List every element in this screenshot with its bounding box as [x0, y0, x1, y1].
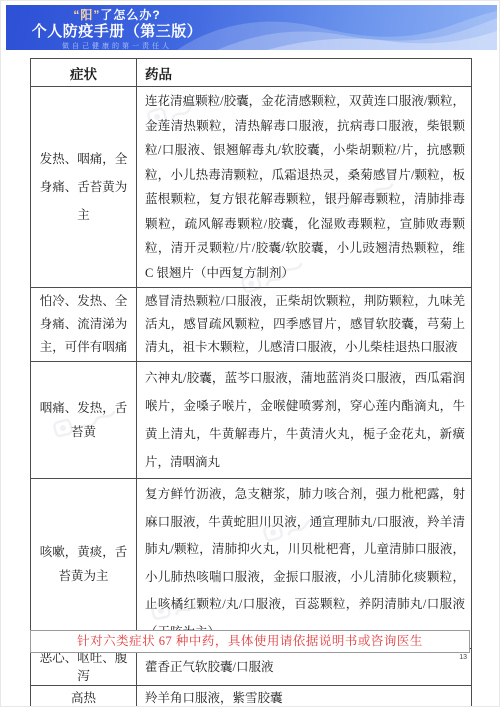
medicine-cell: 藿香正气软胶囊/口服液 [137, 649, 472, 686]
table-row: 高热 羚羊角口服液，紫雪胶囊 [31, 686, 472, 707]
symptom-cell: 恶心、呕吐、腹泻 [31, 649, 137, 686]
table-header-row: 症状 药品 [31, 59, 472, 87]
banner-title-highlight: “阳” [73, 8, 100, 22]
column-header-medicine: 药品 [137, 59, 472, 87]
banner-title: “阳”了怎么办? [28, 7, 206, 23]
symptom-cell: 发热、咽痛，全身痛、舌苔黄为主 [31, 87, 137, 288]
symptom-cell: 咳嗽，黄痰，舌苔黄为主 [31, 479, 137, 649]
symptom-medicine-table: 症状 药品 发热、咽痛，全身痛、舌苔黄为主 连花清瘟颗粒/胶囊，金花清感颗粒，双… [30, 58, 472, 707]
banner-text-block: “阳”了怎么办? 个人防疫手册（第三版） 做自己健康的第一责任人 [28, 7, 206, 50]
table-row: 恶心、呕吐、腹泻 藿香正气软胶囊/口服液 [31, 649, 472, 686]
banner-title-rest: 了怎么办? [100, 8, 160, 22]
medicine-cell: 六神丸/胶囊，蓝芩口服液，蒲地蓝消炎口服液，西瓜霜润喉片，金嗓子喉片，金喉健喷雾… [137, 362, 472, 479]
banner-slogan: 做自己健康的第一责任人 [28, 42, 206, 50]
column-header-symptom: 症状 [31, 59, 137, 87]
banner-subtitle: 个人防疫手册（第三版） [28, 23, 206, 41]
medicine-cell: 连花清瘟颗粒/胶囊，金花清感颗粒，双黄连口服液/颗粒，金莲清热颗粒，清热解毒口服… [137, 87, 472, 288]
table-row: 咳嗽，黄痰，舌苔黄为主 复方鲜竹沥液，急支糖浆，肺力咳合剂，强力枇杷露，射麻口服… [31, 479, 472, 649]
table-row: 怕冷、发热、全身痛、流清涕为主，可伴有咽痛 感冒清热颗粒/口服液，正柴胡饮颗粒，… [31, 288, 472, 362]
medicine-cell: 复方鲜竹沥液，急支糖浆，肺力咳合剂，强力枇杷露，射麻口服液，牛黄蛇胆川贝液，通宣… [137, 479, 472, 649]
banner: “阳”了怎么办? 个人防疫手册（第三版） 做自己健康的第一责任人 [6, 5, 497, 50]
table-row: 咽痛、发热，舌苔黄 六神丸/胶囊，蓝芩口服液，蒲地蓝消炎口服液，西瓜霜润喉片，金… [31, 362, 472, 479]
handbook-page: “阳”了怎么办? 个人防疫手册（第三版） 做自己健康的第一责任人 症状 药品 发… [0, 0, 500, 707]
medicine-cell: 羚羊角口服液，紫雪胶囊 [137, 686, 472, 707]
advisory-note: 针对六类症状 67 种中药，具体使用请依据说明书或咨询医生 [30, 630, 470, 653]
symptom-cell: 咽痛、发热，舌苔黄 [31, 362, 137, 479]
symptom-cell: 高热 [31, 686, 137, 707]
banner-wave-decoration [177, 5, 497, 50]
page-number: 13 [459, 654, 467, 661]
symptom-cell: 怕冷、发热、全身痛、流清涕为主，可伴有咽痛 [31, 288, 137, 362]
medicine-cell: 感冒清热颗粒/口服液，正柴胡饮颗粒，荆防颗粒，九味羌活丸，感冒疏风颗粒，四季感冒… [137, 288, 472, 362]
table-row: 发热、咽痛，全身痛、舌苔黄为主 连花清瘟颗粒/胶囊，金花清感颗粒，双黄连口服液/… [31, 87, 472, 288]
